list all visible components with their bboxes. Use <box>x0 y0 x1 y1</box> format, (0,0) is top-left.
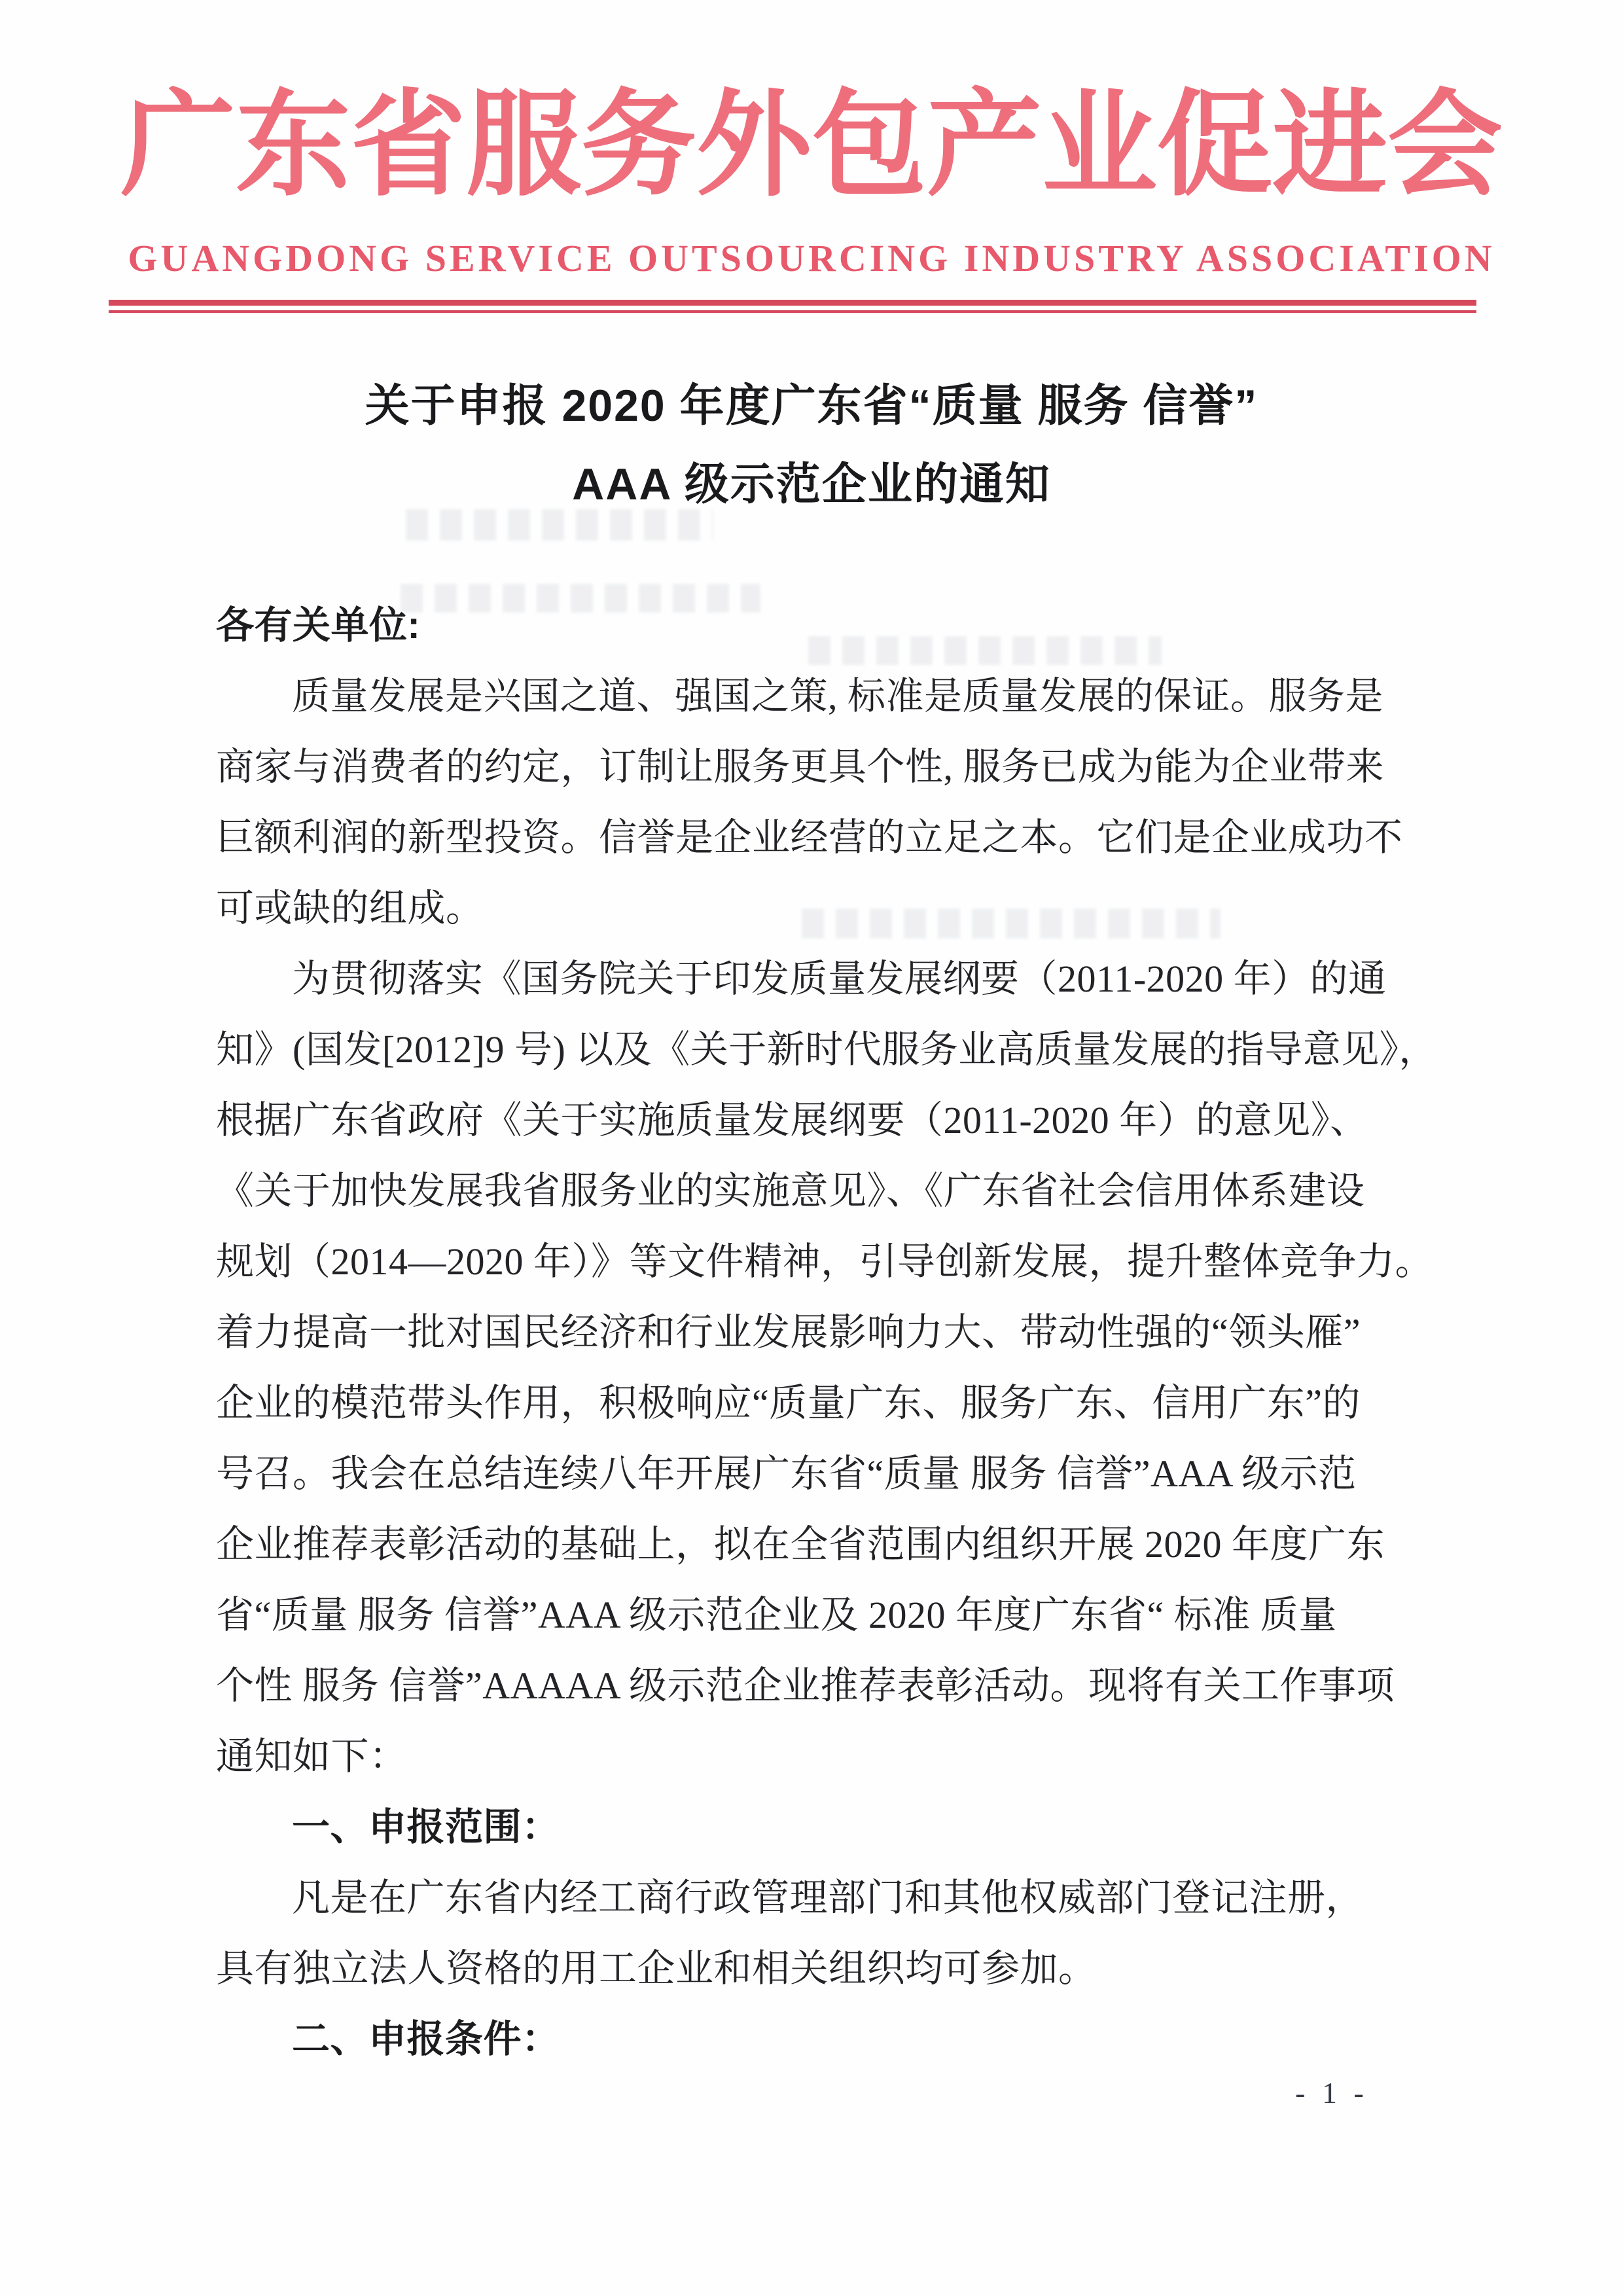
notice-title-line2: AAA 级示范企业的通知 <box>0 445 1623 524</box>
body-line-section-heading-2: 二、申报条件： <box>216 2004 1433 2075</box>
bleed-through-artifact <box>802 908 1221 939</box>
body-line: 质量发展是兴国之道、强国之策, 标准是质量发展的保证。服务是 <box>216 661 1433 732</box>
letterhead-rule-thin <box>109 310 1476 313</box>
body-line-section-heading-1: 一、申报范围： <box>216 1792 1433 1863</box>
body-line: 巨额利润的新型投资。信誉是企业经营的立足之本。它们是企业成功不 <box>216 802 1433 873</box>
page-number: - 1 - <box>1263 2076 1400 2110</box>
body-line: 凡是在广东省内经工商行政管理部门和其他权威部门登记注册， <box>216 1863 1433 1933</box>
scanned-notice-page: 广东省服务外包产业促进会 GUANGDONG SERVICE OUTSOURCI… <box>0 0 1623 2296</box>
bleed-through-artifact <box>808 636 1162 665</box>
body-line: 商家与消费者的约定，订制让服务更具个性, 服务已成为能为企业带来 <box>216 732 1433 802</box>
body-line: 着力提高一批对国民经济和行业发展影响力大、带动性强的“领头雁” <box>216 1297 1433 1368</box>
body-line: 省“质量 服务 信誉”AAA 级示范企业及 2020 年度广东省“ 标准 质量 <box>216 1580 1433 1651</box>
body-line: 根据广东省政府《关于实施质量发展纲要（2011-2020 年）的意见》、 <box>216 1085 1433 1156</box>
bleed-through-artifact <box>406 509 713 541</box>
body-line: 企业的模范带头作用，积极响应“质量广东、服务广东、信用广东”的 <box>216 1368 1433 1439</box>
association-name-english: GUANGDONG SERVICE OUTSOURCING INDUSTRY A… <box>0 236 1623 281</box>
body-line: 《关于加快发展我省服务业的实施意见》、《广东省社会信用体系建设 <box>216 1156 1433 1227</box>
body-line: 个性 服务 信誉”AAAAA 级示范企业推荐表彰活动。现将有关工作事项 <box>216 1651 1433 1721</box>
letterhead-rule-thick <box>109 300 1476 306</box>
body-line: 规划（2014—2020 年）》等文件精神，引导创新发展，提升整体竞争力。 <box>216 1227 1433 1297</box>
body-line: 通知如下： <box>216 1721 1433 1792</box>
body-line: 具有独立法人资格的用工企业和相关组织均可参加。 <box>216 1933 1433 2004</box>
body-line: 知》(国发[2012]9 号) 以及《关于新时代服务业高质量发展的指导意见》， <box>216 1014 1433 1085</box>
notice-title-line1: 关于申报 2020 年度广东省“质量 服务 信誉” <box>0 367 1623 445</box>
body-line: 企业推荐表彰活动的基础上，拟在全省范围内组织开展 2020 年度广东 <box>216 1509 1433 1580</box>
notice-body: 各有关单位: 质量发展是兴国之道、强国之策, 标准是质量发展的保证。服务是 商家… <box>216 590 1433 2075</box>
notice-title: 关于申报 2020 年度广东省“质量 服务 信誉” AAA 级示范企业的通知 <box>0 367 1623 524</box>
body-line: 为贯彻落实《国务院关于印发质量发展纲要（2011-2020 年）的通 <box>216 944 1433 1014</box>
association-name-chinese: 广东省服务外包产业促进会 <box>0 71 1623 223</box>
body-line: 号召。我会在总结连续八年开展广东省“质量 服务 信誉”AAA 级示范 <box>216 1439 1433 1509</box>
bleed-through-artifact <box>401 584 760 613</box>
